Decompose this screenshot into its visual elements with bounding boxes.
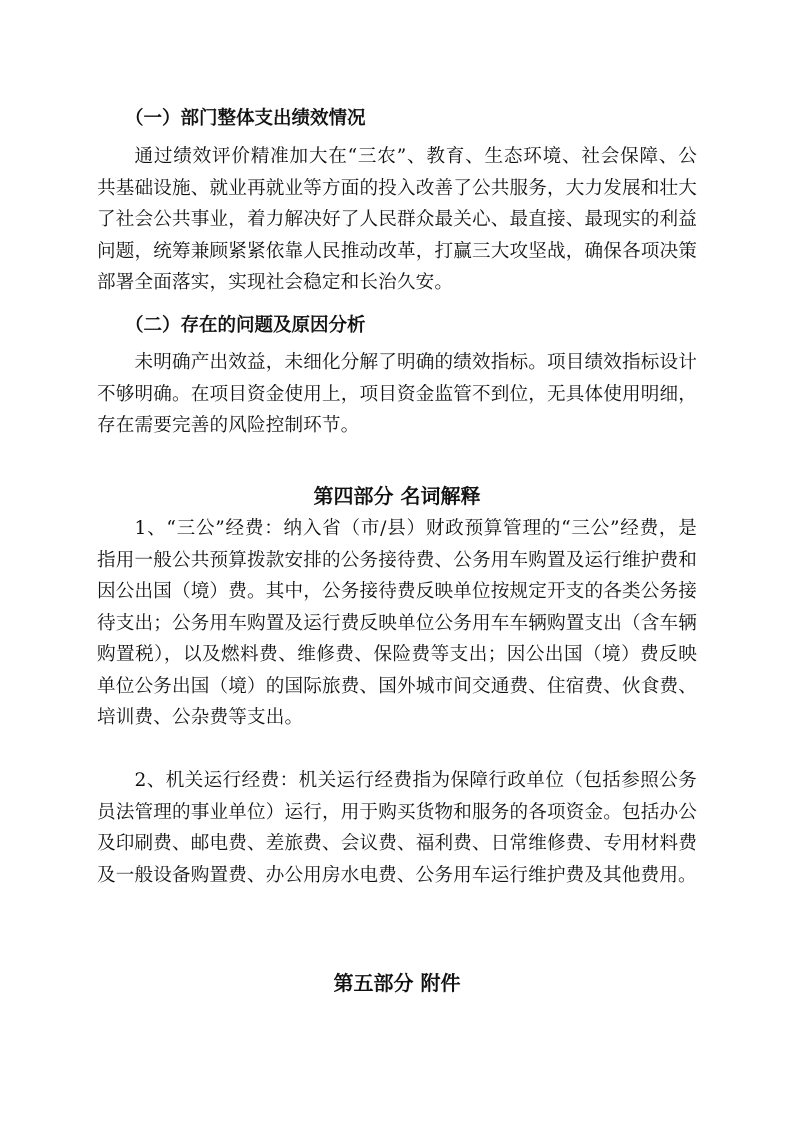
definition-operating-funds: 2、机关运行经费：机关运行经费指为保障行政单位（包括参照公务员法管理的事业单位）… <box>97 765 697 891</box>
subsection-heading-performance: （一）部门整体支出绩效情况 <box>97 107 697 131</box>
subsection-heading-problems: （二）存在的问题及原因分析 <box>97 314 697 338</box>
paragraph-problems: 未明确产出效益，未细化分解了明确的绩效指标。项目绩效指标设计不够明确。在项目资金… <box>97 347 697 442</box>
part-five-title: 第五部分 附件 <box>97 970 697 996</box>
definition-three-public-funds: 1、“三公”经费：纳入省（市/县）财政预算管理的“三公”经费，是指用一般公共预算… <box>97 513 697 734</box>
paragraph-performance: 通过绩效评价精准加大在“三农”、教育、生态环境、社会保障、公共基础设施、就业再就… <box>97 141 697 299</box>
part-four-title: 第四部分 名词解释 <box>97 483 697 509</box>
